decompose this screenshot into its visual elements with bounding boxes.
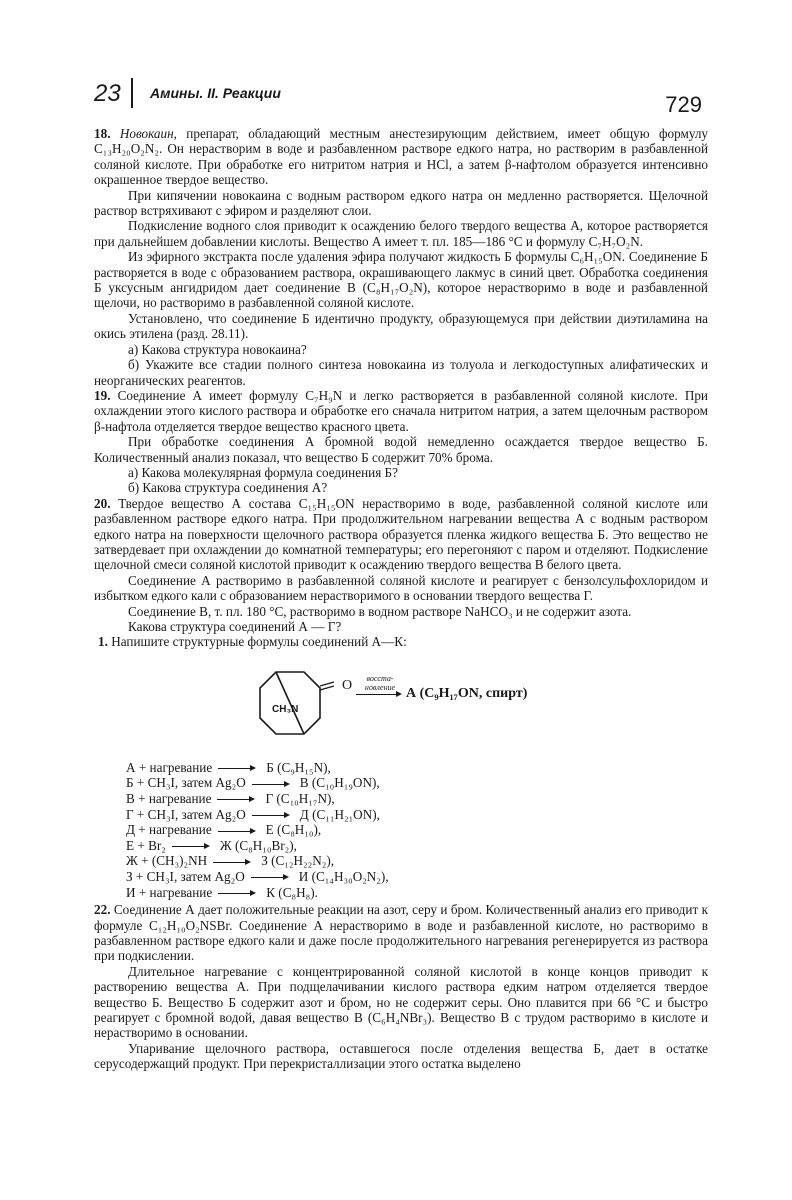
- problem-20-p3: Соединение В, т. пл. 180 °С, растворимо …: [94, 604, 708, 619]
- reaction-line: Ж + (CH₃)₂NHЗ (C₁₂H₂₂N₂),: [126, 853, 708, 869]
- chapter-title: Амины. II. Реакции: [150, 85, 281, 101]
- problem-18-p4: Из эфирного экстракта после удаления эфи…: [94, 249, 708, 311]
- reaction-line: А + нагреваниеБ (C₉H₁₅N),: [126, 760, 708, 776]
- reaction-arrow-icon: [356, 694, 400, 695]
- n-methyl-label: CH₃N: [272, 702, 298, 717]
- problem-18-question-a: а) Какова структура новокаина?: [94, 342, 708, 357]
- problem-21-text: Напишите структурные формулы соединений …: [111, 634, 407, 649]
- reaction-line: Е + Br₂Ж (C₈H₁₀Br₂),: [126, 838, 708, 854]
- reaction-lhs: И + нагревание: [126, 885, 212, 901]
- problem-number: 1.: [98, 634, 108, 649]
- problem-19-text: Соединение А имеет формулу C₇H₉N и легко…: [94, 388, 708, 434]
- reaction-rhs: Ж (C₈H₁₀Br₂),: [220, 838, 297, 853]
- reaction-scheme: CH₃N O восста- новление А (C₉H₁₇ON, спир…: [94, 654, 708, 758]
- problem-number: 22.: [94, 902, 110, 917]
- problem-18-text: , препарат, обладающий местным анестезир…: [94, 126, 708, 187]
- reaction-rhs: Г (C₁₀H₁₇N),: [265, 791, 334, 806]
- reaction-line: И + нагреваниеК (C₈H₈).: [126, 885, 708, 901]
- problem-19-question-a: а) Какова молекулярная формула соединени…: [94, 465, 708, 480]
- arrow-icon: [213, 862, 249, 863]
- problem-18-title: Новокаин: [120, 126, 174, 141]
- reaction-lhs: З + CH₃I, затем Ag₂O: [126, 869, 245, 885]
- reaction-line: В + нагреваниеГ (C₁₀H₁₇N),: [126, 791, 708, 807]
- reaction-line: З + CH₃I, затем Ag₂OИ (C₁₄H₃₀O₂N₂),: [126, 869, 708, 885]
- problem-20-text: Твердое вещество А состава C₁₅H₁₅ON нера…: [94, 496, 708, 573]
- problem-19-p2: При обработке соединения А бромной водой…: [94, 434, 708, 465]
- problem-18-p1: 18. Новокаин, препарат, обладающий местн…: [94, 126, 708, 188]
- problem-number: 20.: [94, 496, 110, 511]
- reaction-lhs: Д + нагревание: [126, 822, 212, 838]
- reaction-rhs: В (C₁₀H₁₉ON),: [300, 775, 380, 790]
- arrow-label-line1: восста-: [356, 674, 404, 683]
- problem-18-p2: При кипячении новокаина с водным раствор…: [94, 188, 708, 219]
- scheme-product: А (C₉H₁₇ON, спирт): [406, 686, 527, 701]
- problem-21-intro: 1. Напишите структурные формулы соединен…: [94, 634, 708, 649]
- reaction-lhs: Б + CH₃I, затем Ag₂O: [126, 775, 246, 791]
- chapter-number: 23: [94, 80, 121, 108]
- carbonyl-oxygen: O: [342, 678, 352, 693]
- problem-20-p2: Соединение А растворимо в разбавленной с…: [94, 573, 708, 604]
- reaction-rhs: К (C₈H₈).: [266, 885, 318, 900]
- page-number: 729: [665, 92, 702, 118]
- reaction-list: А + нагреваниеБ (C₉H₁₅N), Б + CH₃I, зате…: [126, 760, 708, 900]
- reaction-line: Г + CH₃I, затем Ag₂OД (C₁₁H₂₁ON),: [126, 807, 708, 823]
- reaction-rhs: Е (C₈H₁₀),: [266, 822, 322, 837]
- arrow-icon: [251, 877, 287, 878]
- problem-18-p3: Подкисление водного слоя приводит к осаж…: [94, 218, 708, 249]
- problem-number: 18.: [94, 126, 110, 141]
- problem-22-p2: Длительное нагревание с концентрированно…: [94, 964, 708, 1041]
- problem-22-p1: 22. Соединение А дает положительные реак…: [94, 902, 708, 964]
- page-body: 18. Новокаин, препарат, обладающий местн…: [94, 126, 708, 1072]
- reaction-line: Б + CH₃I, затем Ag₂OВ (C₁₀H₁₉ON),: [126, 775, 708, 791]
- problem-number: 19.: [94, 388, 110, 403]
- reaction-rhs: И (C₁₄H₃₀O₂N₂),: [299, 869, 389, 884]
- problem-18-p5: Установлено, что соединение Б идентично …: [94, 311, 708, 342]
- arrow-icon: [218, 893, 254, 894]
- reaction-lhs: Г + CH₃I, затем Ag₂O: [126, 807, 246, 823]
- arrow-icon: [252, 784, 288, 785]
- reaction-rhs: Д (C₁₁H₂₁ON),: [300, 807, 380, 822]
- arrow-icon: [218, 768, 254, 769]
- problem-19-p1: 19. Соединение А имеет формулу C₇H₉N и л…: [94, 388, 708, 434]
- bicyclic-ring-structure-icon: [254, 668, 344, 748]
- problem-20-p1: 20. Твердое вещество А состава C₁₅H₁₅ON …: [94, 496, 708, 573]
- problem-19-question-b: б) Какова структура соединения А?: [94, 480, 708, 495]
- reaction-lhs: Ж + (CH₃)₂NH: [126, 853, 207, 869]
- problem-22-text: Соединение А дает положительные реакции …: [94, 902, 708, 963]
- arrow-icon: [252, 815, 288, 816]
- reaction-rhs: Б (C₉H₁₅N),: [266, 760, 331, 775]
- reaction-line: Д + нагреваниеЕ (C₈H₁₀),: [126, 822, 708, 838]
- arrow-icon: [172, 846, 208, 847]
- arrow-icon: [217, 799, 253, 800]
- reaction-lhs: В + нагревание: [126, 791, 211, 807]
- arrow-label: восста- новление: [356, 674, 404, 692]
- page-header: 23 Амины. II. Реакции 729: [94, 76, 710, 116]
- problem-18-question-b: б) Укажите все стадии полного синтеза но…: [94, 357, 708, 388]
- problem-20-question: Какова структура соединений А — Г?: [94, 619, 708, 634]
- reaction-lhs: А + нагревание: [126, 760, 212, 776]
- arrow-icon: [218, 831, 254, 832]
- header-divider: [131, 78, 133, 108]
- problem-22-p3: Упаривание щелочного раствора, оставшего…: [94, 1041, 708, 1072]
- reaction-rhs: З (C₁₂H₂₂N₂),: [261, 853, 334, 868]
- reaction-lhs: Е + Br₂: [126, 838, 166, 854]
